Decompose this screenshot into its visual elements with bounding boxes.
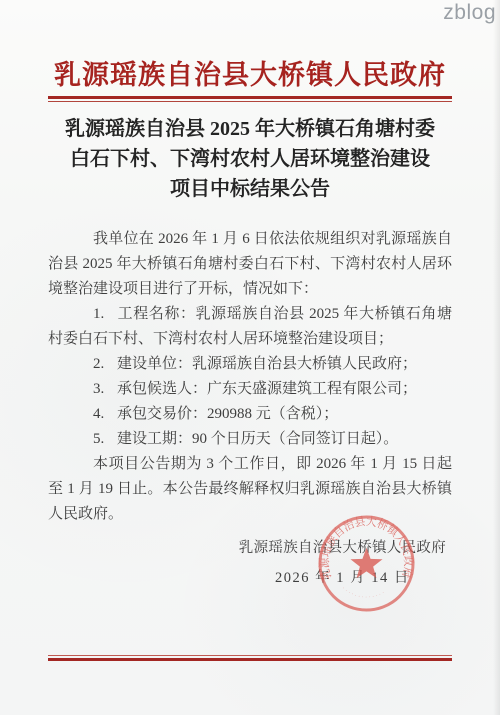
seal-code-text: ∙∙∙∙∙∙∙∙∙∙∙∙∙ bbox=[341, 586, 384, 600]
document-title-line-1: 乳源瑶族自治县 2025 年大桥镇石角塘村委 bbox=[40, 114, 460, 144]
document-body: 我单位在 2026 年 1 月 6 日依法依规组织对乳源瑶族自治县 2025 年… bbox=[48, 227, 452, 527]
svg-text:∙∙∙∙∙∙∙∙∙∙∙∙∙: ∙∙∙∙∙∙∙∙∙∙∙∙∙ bbox=[341, 586, 384, 600]
letterhead-divider-line bbox=[48, 96, 452, 102]
zblog-watermark: zblog bbox=[443, 1, 496, 25]
intro-paragraph: 我单位在 2026 年 1 月 6 日依法依规组织对乳源瑶族自治县 2025 年… bbox=[48, 227, 452, 302]
signature-block: 乳源瑶族自治县大桥镇人民政府 2026 年 1 月 14 日 bbox=[239, 536, 446, 587]
footer-divider-line bbox=[48, 655, 452, 661]
list-item-number: 5. bbox=[93, 431, 104, 447]
list-item: 4.承包交易价：290988 元（含税）； bbox=[48, 402, 452, 427]
scanned-document-page: zblog 乳源瑶族自治县大桥镇人民政府 乳源瑶族自治县 2025 年大桥镇石角… bbox=[0, 0, 500, 715]
signature-agency: 乳源瑶族自治县大桥镇人民政府 bbox=[239, 536, 446, 557]
document-title-line-3: 项目中标结果公告 bbox=[40, 174, 460, 204]
list-item-text: 建设单位：乳源瑶族自治县大桥镇人民政府； bbox=[117, 356, 417, 372]
signature-date: 2026 年 1 月 14 日 bbox=[239, 566, 446, 587]
list-item-text: 承包交易价：290988 元（含税）； bbox=[117, 406, 338, 422]
list-item: 2.建设单位：乳源瑶族自治县大桥镇人民政府； bbox=[48, 352, 452, 377]
list-item: 3.承包候选人：广东天盛源建筑工程有限公司； bbox=[48, 377, 452, 402]
list-item-number: 2. bbox=[93, 356, 104, 372]
closing-paragraph: 本项目公告期为 3 个工作日，即 2026 年 1 月 15 日起至 1 月 1… bbox=[48, 452, 452, 527]
document-title: 乳源瑶族自治县 2025 年大桥镇石角塘村委 白石下村、下湾村农村人居环境整治建… bbox=[40, 114, 460, 204]
document-title-line-2: 白石下村、下湾村农村人居环境整治建设 bbox=[40, 144, 460, 174]
list-item-text: 承包候选人：广东天盛源建筑工程有限公司； bbox=[117, 381, 417, 397]
letterhead-agency-name: 乳源瑶族自治县大桥镇人民政府 bbox=[0, 53, 500, 92]
list-item-text: 建设工期：90 个日历天（合同签订日起）。 bbox=[117, 431, 398, 447]
list-item-number: 3. bbox=[93, 381, 104, 397]
list-item-text: 工程名称：乳源瑶族自治县 2025 年大桥镇石角塘村委白石下村、下湾村农村人居环… bbox=[48, 306, 452, 347]
list-item-number: 1. bbox=[93, 306, 104, 322]
list-item: 5.建设工期：90 个日历天（合同签订日起）。 bbox=[48, 427, 452, 452]
list-item-number: 4. bbox=[93, 406, 104, 422]
list-item: 1.工程名称：乳源瑶族自治县 2025 年大桥镇石角塘村委白石下村、下湾村农村人… bbox=[48, 302, 452, 352]
